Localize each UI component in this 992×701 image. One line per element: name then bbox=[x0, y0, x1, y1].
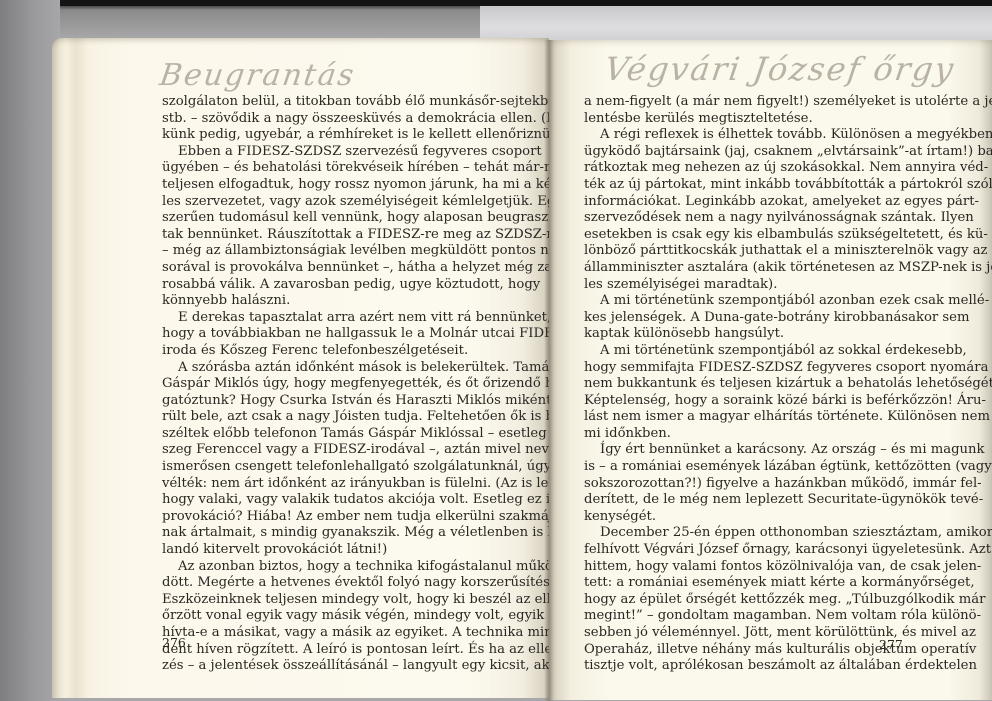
left-page: Beugrantás szolgálaton belül, a titokban… bbox=[52, 38, 549, 698]
text-line: hogy semmifajta FIDESZ-SZDSZ fegyveres c… bbox=[584, 360, 960, 377]
text-line: hogy a továbbiakban ne hallgassuk le a M… bbox=[162, 326, 516, 343]
page-number-left: 276 bbox=[162, 635, 186, 650]
text-line: szerűen tudomásul kell vennünk, hogy ala… bbox=[162, 210, 516, 227]
text-line: ügyében – és behatolási törekvéseik híré… bbox=[162, 160, 516, 177]
text-line: provokáció? Hiába! Az ember nem tudja el… bbox=[162, 509, 516, 526]
scanner-background bbox=[0, 0, 60, 701]
text-line: ismerősen csengett telefonlehallgató szo… bbox=[162, 459, 516, 476]
scanner-lid-glare bbox=[480, 6, 992, 42]
text-line: szolgálaton belül, a titokban tovább élő… bbox=[162, 94, 516, 111]
text-line: széltek előbb telefonon Tamás Gáspár Mik… bbox=[162, 426, 516, 443]
text-line: ték az új pártokat, mint inkább továbbít… bbox=[584, 177, 960, 194]
text-line: Képtelenség, hogy a soraink közé bárki i… bbox=[584, 393, 960, 410]
text-line: tett: a romániai események miatt kérte a… bbox=[584, 575, 960, 592]
text-line: teljesen elfogadtuk, hogy rossz nyomon j… bbox=[162, 177, 516, 194]
text-line: December 25-én éppen otthonomban szieszt… bbox=[584, 525, 960, 542]
text-line: hogy valaki, vagy valakik tudatos akciój… bbox=[162, 492, 516, 509]
text-line: dött. Megérte a hetvenes évektől folyó n… bbox=[162, 575, 516, 592]
text-line: zés – a jelentések összeállításánál – la… bbox=[162, 658, 516, 675]
left-page-body: szolgálaton belül, a titokban tovább élő… bbox=[162, 94, 516, 675]
text-line: felhívott Végvári József őrnagy, karácso… bbox=[584, 542, 960, 559]
text-line: A régi reflexek is élhettek tovább. Külö… bbox=[584, 127, 960, 144]
text-line: őrzött vonal egyik vagy másik végén, min… bbox=[162, 608, 516, 625]
text-line: iroda és Kőszeg Ferenc telefonbeszélgeté… bbox=[162, 343, 516, 360]
text-line: szerveződések nem a nagy nyilvánosságnak… bbox=[584, 210, 960, 227]
text-line: – még az állambiztonságiak levélben megk… bbox=[162, 243, 516, 260]
text-line: les szervezetet, vagy azok személyiségei… bbox=[162, 194, 516, 211]
text-line: rült bele, azt csak a nagy Jóisten tudja… bbox=[162, 409, 516, 426]
text-line: E derekas tapasztalat arra azért nem vit… bbox=[162, 310, 516, 327]
handwritten-note-right: Végvári József őrgy bbox=[602, 50, 957, 88]
text-line: sokszorozottan?!) figyelve a hazánkban m… bbox=[584, 476, 960, 493]
text-line: A mi történetünk szempontjából az sokkal… bbox=[584, 343, 960, 360]
text-line: mi időnkben. bbox=[584, 426, 960, 443]
paragraph: a nem-figyelt (a már nem figyelt!) szemé… bbox=[584, 94, 960, 127]
text-line: államminiszter asztalára (akik története… bbox=[584, 260, 960, 277]
paragraph: A mi történetünk szempontjából azonban e… bbox=[584, 293, 960, 343]
book-gutter bbox=[544, 40, 554, 701]
paragraph: szolgálaton belül, a titokban tovább élő… bbox=[162, 94, 516, 144]
text-line: is – a romániai események lázában égtünk… bbox=[584, 459, 960, 476]
text-line: Gáspár Miklós úgy, hogy megfenyegették, … bbox=[162, 376, 516, 393]
text-line: esetekben is csak egy kis elbambulás szü… bbox=[584, 227, 960, 244]
text-line: lást nem ismer a magyar elhárítás történ… bbox=[584, 409, 960, 426]
text-line: gatóztunk? Hogy Csurka István és Haraszt… bbox=[162, 393, 516, 410]
text-line: tisztje volt, aprólékosan beszámolt az á… bbox=[584, 658, 960, 675]
text-line: rosabbá válik. A zavarosban pedig, ugye … bbox=[162, 277, 516, 294]
paragraph: A régi reflexek is élhettek tovább. Külö… bbox=[584, 127, 960, 293]
text-line: könnyebb halászni. bbox=[162, 293, 516, 310]
page-number-right: 277 bbox=[879, 637, 903, 652]
text-line: lönböző párttitkocskák juthattak el a mi… bbox=[584, 243, 960, 260]
text-line: sebben jó véleménnyel. Jött, ment körülö… bbox=[584, 625, 960, 642]
text-line: A mi történetünk szempontjából azonban e… bbox=[584, 293, 960, 310]
text-line: vélték: nem árt időnként az irányukban i… bbox=[162, 476, 516, 493]
text-line: hogy az épület őrségét kettőzzék meg. „T… bbox=[584, 592, 960, 609]
text-line: Operaház, illetve néhány más kulturális … bbox=[584, 642, 960, 659]
paragraph: Az azonban biztos, hogy a technika kifog… bbox=[162, 559, 516, 675]
text-line: hittem, hogy valami fontos közölnivalója… bbox=[584, 559, 960, 576]
text-line: lentésbe kerülés megtiszteltetése. bbox=[584, 111, 960, 128]
text-line: megint!” – gondoltam magamban. Nem volta… bbox=[584, 608, 960, 625]
text-line: Így ért bennünket a karácsony. Az ország… bbox=[584, 442, 960, 459]
paragraph: A szórásba aztán időnként mások is belek… bbox=[162, 360, 516, 559]
text-line: kenységét. bbox=[584, 509, 960, 526]
text-line: sorával is provokálva bennünket –, hátha… bbox=[162, 260, 516, 277]
text-line: A szórásba aztán időnként mások is belek… bbox=[162, 360, 516, 377]
paragraph: E derekas tapasztalat arra azért nem vit… bbox=[162, 310, 516, 360]
right-page-body: a nem-figyelt (a már nem figyelt!) szemé… bbox=[584, 94, 960, 675]
text-line: rátkoztak meg nehezen az új szokásokkal.… bbox=[584, 160, 960, 177]
text-line: les személyiségei maradtak). bbox=[584, 277, 960, 294]
text-line: künk pedig, ugyebár, a rémhíreket is le … bbox=[162, 127, 516, 144]
text-line: nak ártalmait, s mindig gyanakszik. Még … bbox=[162, 525, 516, 542]
handwritten-note-left: Beugrantás bbox=[158, 58, 358, 93]
text-line: a nem-figyelt (a már nem figyelt!) szemé… bbox=[584, 94, 960, 111]
text-line: tak bennünket. Ráuszítottak a FIDESZ-re … bbox=[162, 227, 516, 244]
text-line: Eszközeinknek teljesen mindegy volt, hog… bbox=[162, 592, 516, 609]
text-line: információkat. Leginkább azokat, amelyek… bbox=[584, 194, 960, 211]
text-line: stb. – szövődik a nagy összeesküvés a de… bbox=[162, 111, 516, 128]
text-line: Az azonban biztos, hogy a technika kifog… bbox=[162, 559, 516, 576]
right-page: Végvári József őrgy a nem-figyelt (a már… bbox=[549, 40, 992, 700]
text-line: Ebben a FIDESZ-SZDSZ szervezésű fegyvere… bbox=[162, 144, 516, 161]
text-line: hívta-e a másikat, vagy a másik az egyik… bbox=[162, 625, 516, 642]
text-line: szeg Ferenccel vagy a FIDESZ-irodával –,… bbox=[162, 442, 516, 459]
text-line: ügyködő bajtársaink (jaj, csaknem „elvtá… bbox=[584, 144, 960, 161]
text-line: derített, de le még nem leplezett Securi… bbox=[584, 492, 960, 509]
paragraph: A mi történetünk szempontjából az sokkal… bbox=[584, 343, 960, 443]
paragraph: December 25-én éppen otthonomban szieszt… bbox=[584, 525, 960, 674]
paragraph: Így ért bennünket a karácsony. Az ország… bbox=[584, 442, 960, 525]
text-line: nem bukkantunk és teljesen kizártuk a be… bbox=[584, 376, 960, 393]
paragraph: Ebben a FIDESZ-SZDSZ szervezésű fegyvere… bbox=[162, 144, 516, 310]
text-line: kaptak különösebb hangsúlyt. bbox=[584, 326, 960, 343]
text-line: dent híven rögzített. A leíró is pontosa… bbox=[162, 642, 516, 659]
text-line: landó kitervelt provokációt látni!) bbox=[162, 542, 516, 559]
text-line: kes jelenségek. A Duna-gate-botrány kiro… bbox=[584, 310, 960, 327]
